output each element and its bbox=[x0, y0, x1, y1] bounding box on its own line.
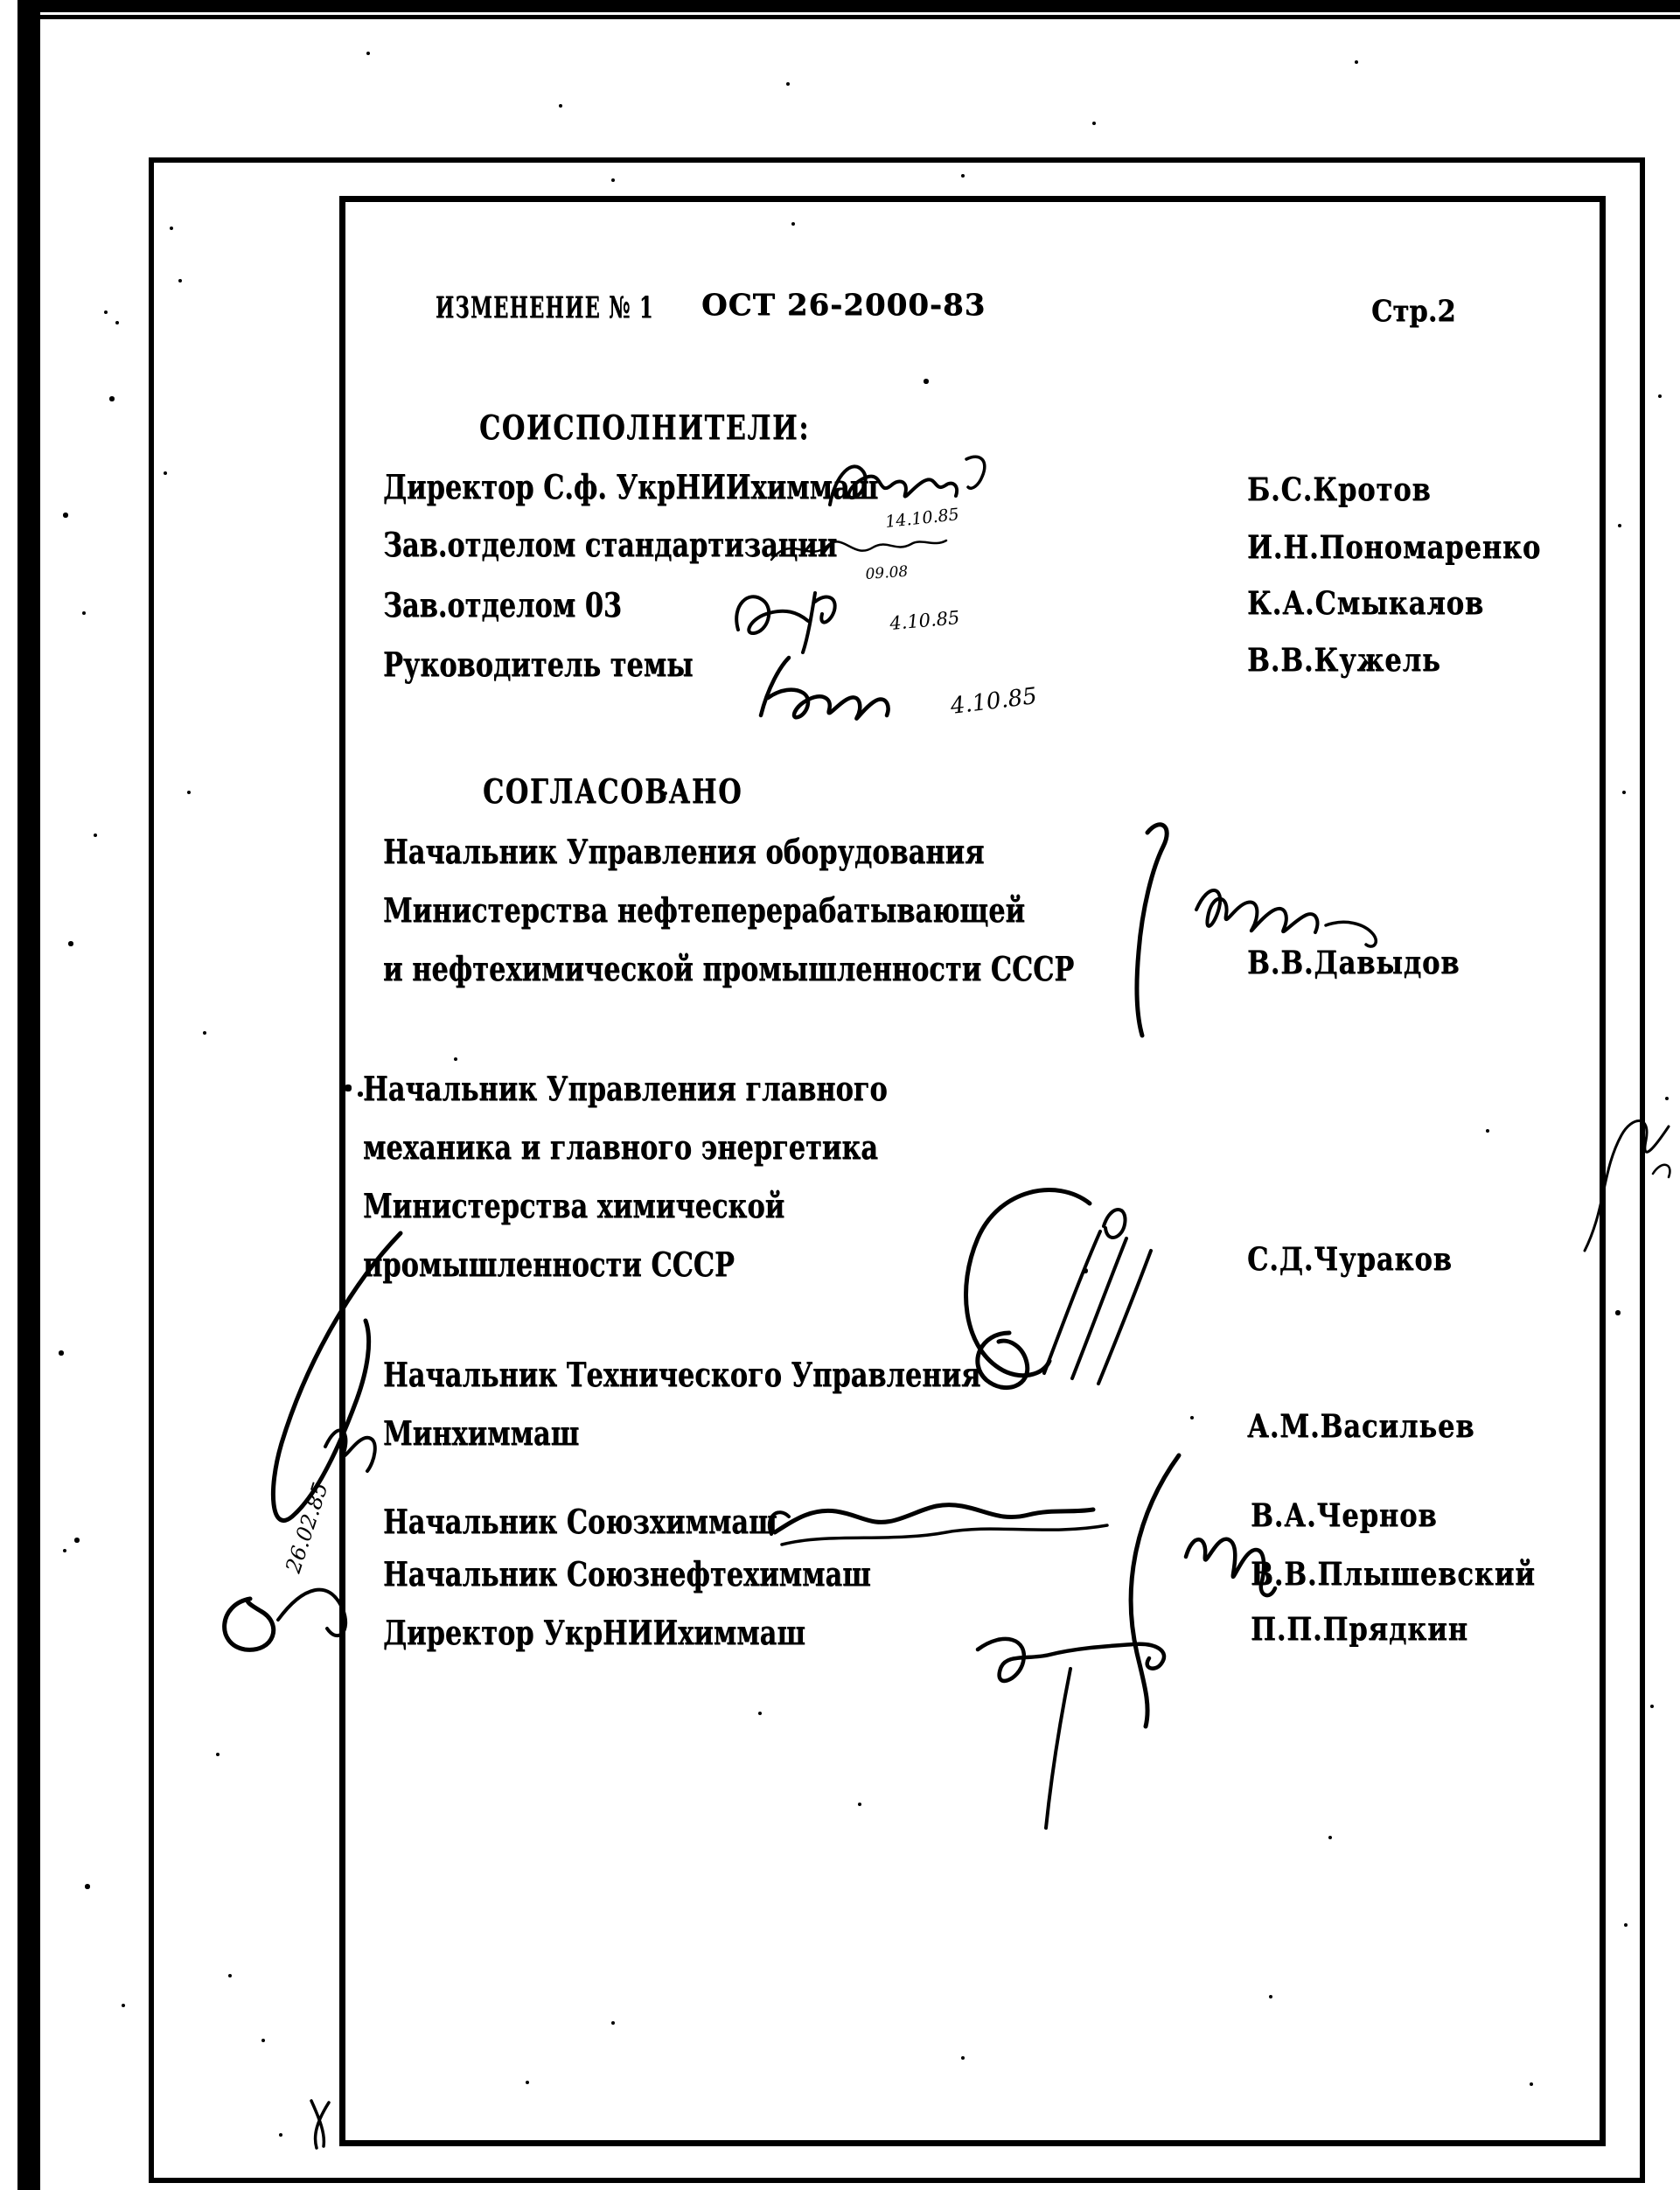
agreed-role-line: механика и главного энергетика bbox=[363, 1129, 878, 1165]
agreed-role-line: Начальник Управления оборудования bbox=[383, 833, 985, 869]
document-page: ИЗМЕНЕНИЕ № 1 ОСТ 26-2000-83 Стр.2 СОИСП… bbox=[0, 0, 1680, 2190]
agreed-name: П.П.Прядкин bbox=[1251, 1613, 1468, 1647]
coexecutor-name: К.А.Смыкалов bbox=[1247, 587, 1484, 621]
agreed-role-line: Директор УкрНИИхиммаш bbox=[383, 1615, 805, 1650]
margin-signature-flourish: 26.02.85 bbox=[194, 1209, 439, 1663]
header-page-number: Стр.2 bbox=[1371, 296, 1456, 328]
signature-kuzhel: 4.10.85 bbox=[742, 645, 1109, 737]
margin-scribble-right bbox=[1564, 1086, 1680, 1274]
coexecutor-name: В.В.Кужель bbox=[1247, 644, 1441, 678]
agreed-role-line: Министерства нефтеперерабатывающей bbox=[383, 892, 1025, 928]
coexecutor-role: Зав.отделом 03 bbox=[383, 587, 622, 623]
coexecutor-role: Руководитель темы bbox=[383, 646, 694, 682]
header-change-label: ИЗМЕНЕНИЕ № 1 bbox=[436, 292, 654, 324]
scan-edge-top bbox=[17, 0, 1680, 12]
agreed-role-line: и нефтехимической промышленности СССР bbox=[383, 951, 1074, 987]
bottom-check-mark bbox=[306, 2096, 336, 2152]
coexecutor-name: И.Н.Пономаренко bbox=[1247, 531, 1541, 565]
scan-edge-left bbox=[17, 0, 40, 2190]
agreed-name: В.А.Чернов bbox=[1251, 1499, 1437, 1533]
margin-date-note: 26.02.85 bbox=[281, 1480, 333, 1577]
signature-date: 4.10.85 bbox=[888, 607, 960, 634]
signature-date: 4.10.85 bbox=[948, 683, 1038, 720]
agreed-role-line: Начальник Союзхиммаш bbox=[383, 1503, 777, 1539]
scan-edge-top-line bbox=[38, 15, 1680, 19]
agreed-name: С.Д.Чураков bbox=[1247, 1243, 1453, 1277]
signature-pryadkin bbox=[946, 1594, 1200, 1847]
agreed-name: А.М.Васильев bbox=[1247, 1410, 1474, 1444]
agreed-name: В.В.Плышевский bbox=[1251, 1558, 1536, 1592]
agreed-title: СОГЛАСОВАНО bbox=[483, 773, 742, 809]
signature-davydov bbox=[1091, 812, 1433, 1052]
scan-noise-speckles bbox=[0, 0, 2, 2]
signature-chernov bbox=[759, 1459, 1135, 1568]
coexecutor-name: Б.С.Кротов bbox=[1247, 473, 1432, 507]
agreed-role-line: Начальник Управления главного bbox=[363, 1071, 888, 1106]
signature-churakov bbox=[925, 1165, 1188, 1410]
header-standard-number: ОСТ 26-2000-83 bbox=[701, 289, 986, 322]
agreed-role-line: Начальник Технического Управления bbox=[383, 1357, 981, 1392]
coexecutor-role: Директор С.ф. УкрНИИхиммаш bbox=[383, 469, 878, 505]
coexecutors-title: СОИСПОЛНИТЕЛИ: bbox=[479, 409, 810, 445]
